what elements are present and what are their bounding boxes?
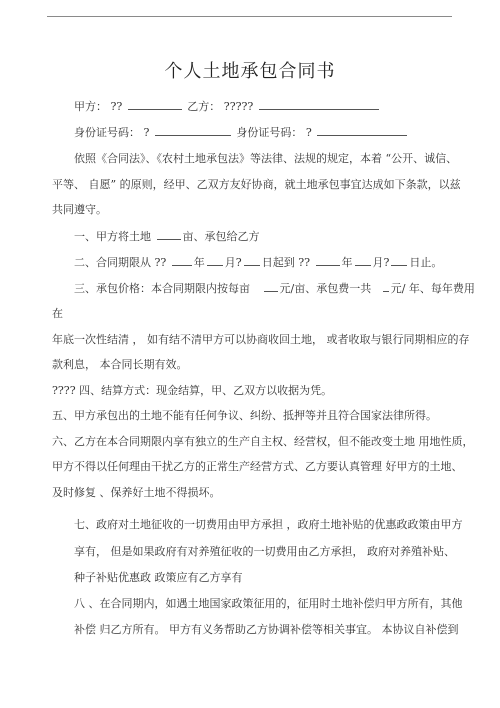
page-top-rule bbox=[47, 16, 452, 17]
clause-7-line-1: 七、政府对土地征收的一切费用由甲方承担 ，政府土地补贴的优惠政政策由甲方 bbox=[74, 518, 463, 532]
clause-6-line-3: 及时修复 、保养好土地不得损坏。 bbox=[52, 486, 221, 500]
party-a-label: 甲方： bbox=[74, 100, 107, 113]
party-b-blank bbox=[259, 99, 379, 110]
intro-line-3: 共同遵守。 bbox=[52, 203, 107, 217]
clause-2-text-d: 日起到 ?? bbox=[262, 256, 310, 269]
clause-3-text-a: 三、承包价格：本合同期限内按每亩 bbox=[74, 282, 250, 295]
clause-3-text-c: 元/ 年、每年费用 bbox=[391, 282, 475, 295]
intro-line-1: 依照《合同法》、《农村土地承包法》等法律、法规的规定，本着 “公开、诚信、 bbox=[74, 152, 457, 166]
clause-2-text-b: 年 bbox=[194, 256, 205, 269]
clause-5: 五、甲方承包出的土地不能有任何争议、纠纷、抵押等并且符合国家法律所得。 bbox=[52, 409, 437, 423]
id-b-label: 身份证号码： bbox=[236, 126, 302, 139]
intro-line-2: 平等、 自愿” 的原则，经甲、乙双方友好协商，就土地承包事宜达成如下条款，以兹 bbox=[52, 178, 461, 192]
parties-line: 甲方： ?? 乙方： ????? bbox=[74, 99, 381, 114]
clause-8-line-1: 八 、在合同期内，如遇土地国家政策征用的，征用时土地补偿归甲方所有，其他 bbox=[74, 597, 463, 611]
clause-7-line-2: 享有， 但是如果政府有对养殖征收的一切费用由乙方承担， 政府对养殖补贴、 bbox=[74, 545, 455, 559]
party-b-value: ????? bbox=[224, 100, 254, 113]
clause-2-blank-1 bbox=[172, 255, 192, 266]
clause-2-text-c: 月? bbox=[225, 256, 242, 269]
party-b-label: 乙方： bbox=[187, 100, 220, 113]
clause-2-text-f: 月? bbox=[373, 256, 390, 269]
clause-3-line-1: 三、承包价格：本合同期限内按每亩 元/亩、承包费一共 元/ 年、每年费用 bbox=[74, 281, 475, 296]
clause-6-line-1: 六、乙方在本合同期限内享有独立的生产自主权、经营权，但不能改变土地 用地性质， bbox=[52, 435, 474, 449]
clause-3-blank-2 bbox=[383, 281, 389, 292]
clause-2-blank-5 bbox=[355, 255, 371, 266]
clause-2-text-g: 日止。 bbox=[409, 256, 442, 269]
id-b-blank bbox=[317, 125, 407, 136]
clause-2-blank-6 bbox=[391, 255, 407, 266]
clause-3-text-b: 元/亩、承包费一共 bbox=[280, 282, 372, 295]
clause-2-blank-2 bbox=[207, 255, 223, 266]
clause-2-blank-3 bbox=[244, 255, 260, 266]
clause-1-text-a: 一、甲方将土地 bbox=[74, 230, 151, 243]
id-line: 身份证号码： ? 身份证号码： ? bbox=[74, 125, 409, 140]
clause-1: 一、甲方将土地 亩、承包给乙方 bbox=[74, 229, 260, 244]
id-a-blank bbox=[155, 125, 231, 136]
clause-4: ???? 四、结算方式：现金结算，甲、乙双方以收据为凭。 bbox=[52, 384, 332, 398]
clause-3-blank-1 bbox=[264, 281, 278, 292]
document-title: 个人土地承包合同书 bbox=[0, 57, 500, 83]
clause-3-line-3: 年底一次性结清 ， 如有结不清甲方可以协商收回土地， 或者收取与银行同期相应的存 bbox=[52, 333, 470, 347]
party-a-blank bbox=[128, 99, 182, 110]
clause-3-line-2: 在 bbox=[52, 307, 63, 321]
clause-2-text-a: 二、合同期限从 ?? bbox=[74, 256, 166, 269]
party-a-value: ?? bbox=[111, 100, 123, 113]
id-b-value: ? bbox=[306, 126, 312, 139]
clause-3-line-4: 款利息， 本合同长期有效。 bbox=[52, 358, 188, 372]
clause-2-blank-4 bbox=[316, 255, 340, 266]
clause-6-line-2: 甲方不得以任何理由干扰乙方的正常生产经营方式、乙方要认真管理 好甲方的土地、 bbox=[52, 460, 463, 474]
id-a-value: ? bbox=[144, 126, 150, 139]
clause-7-line-3: 种子补贴优惠政 政策应有乙方享有 bbox=[74, 571, 243, 585]
clause-2: 二、合同期限从 ?? 年月?日起到 ?? 年月?日止。 bbox=[74, 255, 442, 270]
clause-1-text-b: 亩、承包给乙方 bbox=[183, 230, 260, 243]
clause-1-blank bbox=[157, 229, 181, 240]
clause-2-text-e: 年 bbox=[342, 256, 353, 269]
clause-8-line-2: 补偿 归乙方所有。 甲方有义务帮助乙方协调补偿等相关事宜。 本协议自补偿到 bbox=[74, 623, 459, 637]
id-a-label: 身份证号码： bbox=[74, 126, 140, 139]
